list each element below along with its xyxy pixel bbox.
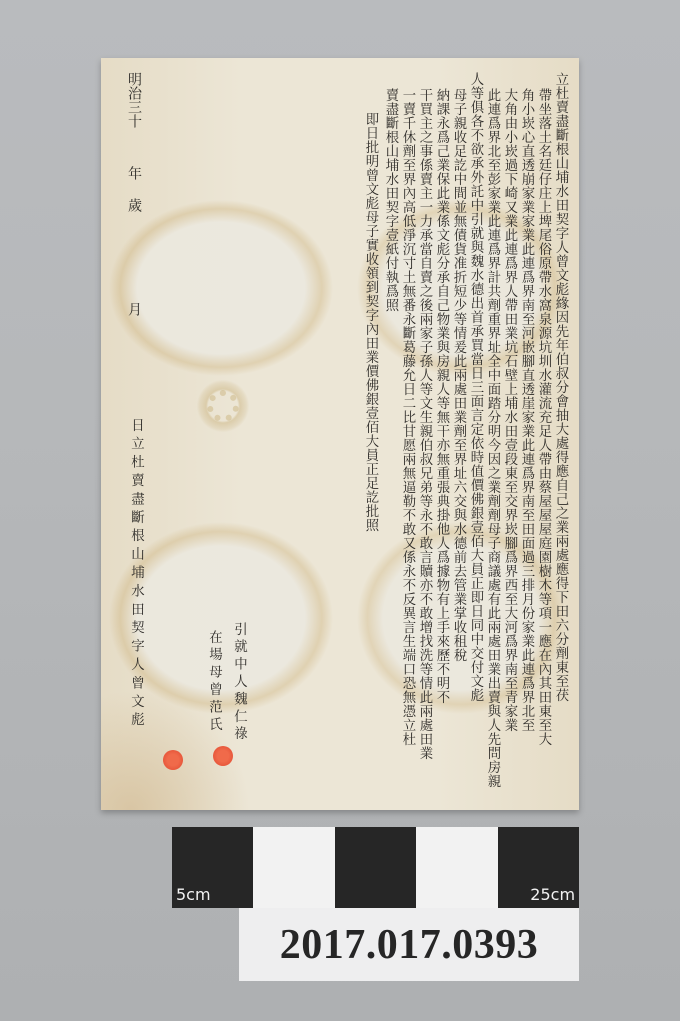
body-column-7: 母子親收足訖中間並無債貨准折短少等情爰此兩處田業劑至界址六交與水德前去管業掌收租… bbox=[452, 88, 465, 662]
body-column-8: 納課永爲己業保此業係文彪分承自己物業與房親人等無干亦無重張典掛他人爲據物有上手來… bbox=[435, 88, 448, 704]
scale-segment: 5cm bbox=[172, 827, 253, 908]
date-month-char: 月 bbox=[127, 302, 141, 316]
scale-segment bbox=[335, 827, 416, 908]
scale-bar: 5cm 25cm bbox=[172, 827, 579, 908]
red-seal-mother bbox=[163, 750, 183, 770]
accession-label: 2017.017.0393 bbox=[239, 908, 579, 981]
date-month-prefix: 歲 bbox=[127, 198, 141, 212]
seller-signature: 日立杜賣盡斷根山埔水田契字人曾文彪 bbox=[129, 418, 142, 731]
witness-middleman: 引就中人魏仁祿 bbox=[232, 622, 245, 744]
date-year-char: 年 bbox=[127, 166, 141, 180]
body-column-1: 立杜賣盡斷根山埔水田契字人曾文彪緣因先年伯叔分會抽大處得應自己之業兩處應得下田六… bbox=[554, 72, 567, 702]
body-column-10: 一賣千休劑至界內高低淨沉寸土無番永斷葛藤允日二比甘愿兩無逼勒不敢又係永不反異言生… bbox=[401, 88, 414, 746]
date-era: 明治三十 bbox=[127, 72, 141, 128]
witness-mother: 在場母曾范氏 bbox=[207, 630, 220, 734]
deed-document: 立杜賣盡斷根山埔水田契字人曾文彪緣因先年伯叔分會抽大處得應自己之業兩處應得下田六… bbox=[101, 58, 579, 810]
body-column-postscript: 即日批明曾文彪母子實收領到契字內田業價佛銀壹佰大員正足訖批照 bbox=[364, 112, 377, 532]
scale-segment bbox=[253, 827, 334, 908]
body-column-6: 人等俱各不欲承外託中引就與魏水德出首承買當日三面言定依時值價佛銀壹佰大員正即日同… bbox=[469, 72, 482, 702]
body-column-2: 帶坐落土名廷仔庄上埤尾俗原帶水窩泉源坑圳水灌流充足人帶由蔡屋屋屋庭園樹木等項一應… bbox=[537, 88, 550, 746]
body-column-9: 干買主之事係賣主一力承當自賣之後兩家子孫人等文生親伯叔兄弟等永不敢言贖亦不敢增找… bbox=[418, 88, 431, 760]
scale-segment: 25cm bbox=[498, 827, 579, 908]
red-seal-middleman bbox=[213, 746, 233, 766]
accession-number: 2017.017.0393 bbox=[280, 921, 539, 969]
body-column-5: 此連爲界北至彭家業此連爲界計共劑重界址全中面踏分明今因之業劑劑母子商議處有此兩處… bbox=[486, 88, 499, 788]
scale-label-left: 5cm bbox=[176, 885, 211, 904]
scale-label-right: 25cm bbox=[530, 885, 575, 904]
body-column-11: 賣盡斷根山埔水田契字壹紙付執爲照 bbox=[384, 88, 397, 312]
body-column-4: 大角由小崁過下崎又業此連爲界人帶田業坑石壁上埔水田壹段東至交界崁腳爲界西至大河爲… bbox=[503, 88, 516, 732]
scale-segment bbox=[416, 827, 497, 908]
body-column-3: 角小崁心直透崩家業家業此連爲界南至河嵌腳直透崖家業此連爲界南至田面過三排月份家業… bbox=[520, 88, 533, 732]
watermark-emblem bbox=[193, 376, 253, 436]
